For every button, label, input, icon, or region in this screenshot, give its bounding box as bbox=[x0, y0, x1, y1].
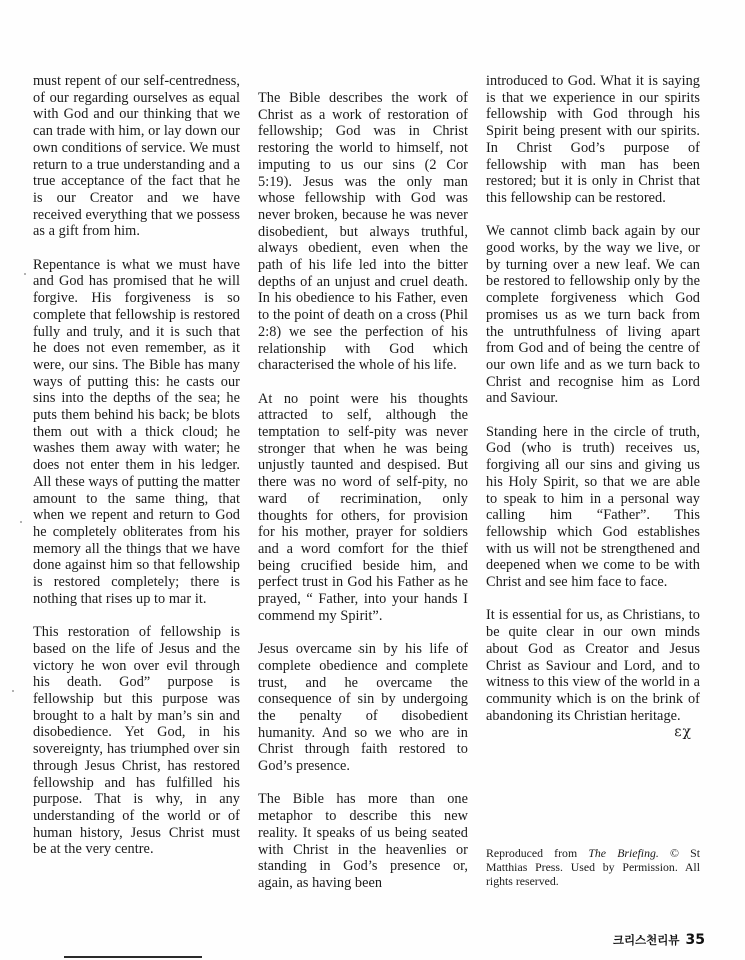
page-folio: 크리스천리뷰 35 bbox=[613, 932, 705, 948]
closing-paragraph: It is essential for us, as Christians, t… bbox=[486, 607, 700, 724]
credit-prefix: Reproduced from bbox=[486, 846, 588, 860]
article-column-left: must repent of our self-centredness, of … bbox=[33, 73, 240, 858]
scan-artifact-rule bbox=[64, 956, 202, 958]
paragraph: Jesus overcame sin by his life of comple… bbox=[258, 641, 468, 775]
magazine-name: 크리스천리뷰 bbox=[613, 933, 680, 947]
paragraph: The Bible describes the work of Christ a… bbox=[258, 90, 468, 374]
paragraph: Repentance is what we must have and God … bbox=[33, 257, 240, 608]
publication-title: The Briefing. bbox=[588, 846, 659, 860]
scan-speck bbox=[20, 521, 22, 523]
paragraph: We cannot climb back again by our good w… bbox=[486, 223, 700, 407]
scan-speck bbox=[555, 458, 557, 460]
scan-speck bbox=[12, 690, 14, 692]
scan-speck bbox=[24, 273, 26, 275]
paragraph: must repent of our self-centredness, of … bbox=[33, 73, 240, 240]
reprint-credit: Reproduced from The Briefing. © St Matth… bbox=[486, 846, 700, 888]
page-number: 35 bbox=[686, 932, 705, 948]
paragraph: Standing here in the circle of truth, Go… bbox=[486, 424, 700, 591]
end-of-article-mark: εχ bbox=[674, 724, 692, 741]
paragraph: This restoration of fellowship is based … bbox=[33, 624, 240, 858]
paragraph: The Bible has more than one metaphor to … bbox=[258, 791, 468, 891]
paragraph: introduced to God. What it is saying is … bbox=[486, 73, 700, 207]
paragraph-text: It is essential for us, as Christians, t… bbox=[486, 607, 700, 723]
article-column-middle: The Bible describes the work of Christ a… bbox=[258, 90, 468, 892]
scan-speck bbox=[358, 650, 360, 652]
article-column-right: introduced to God. What it is saying is … bbox=[486, 73, 700, 741]
magazine-page: must repent of our self-centredness, of … bbox=[0, 0, 745, 960]
paragraph: At no point were his thoughts attracted … bbox=[258, 391, 468, 625]
